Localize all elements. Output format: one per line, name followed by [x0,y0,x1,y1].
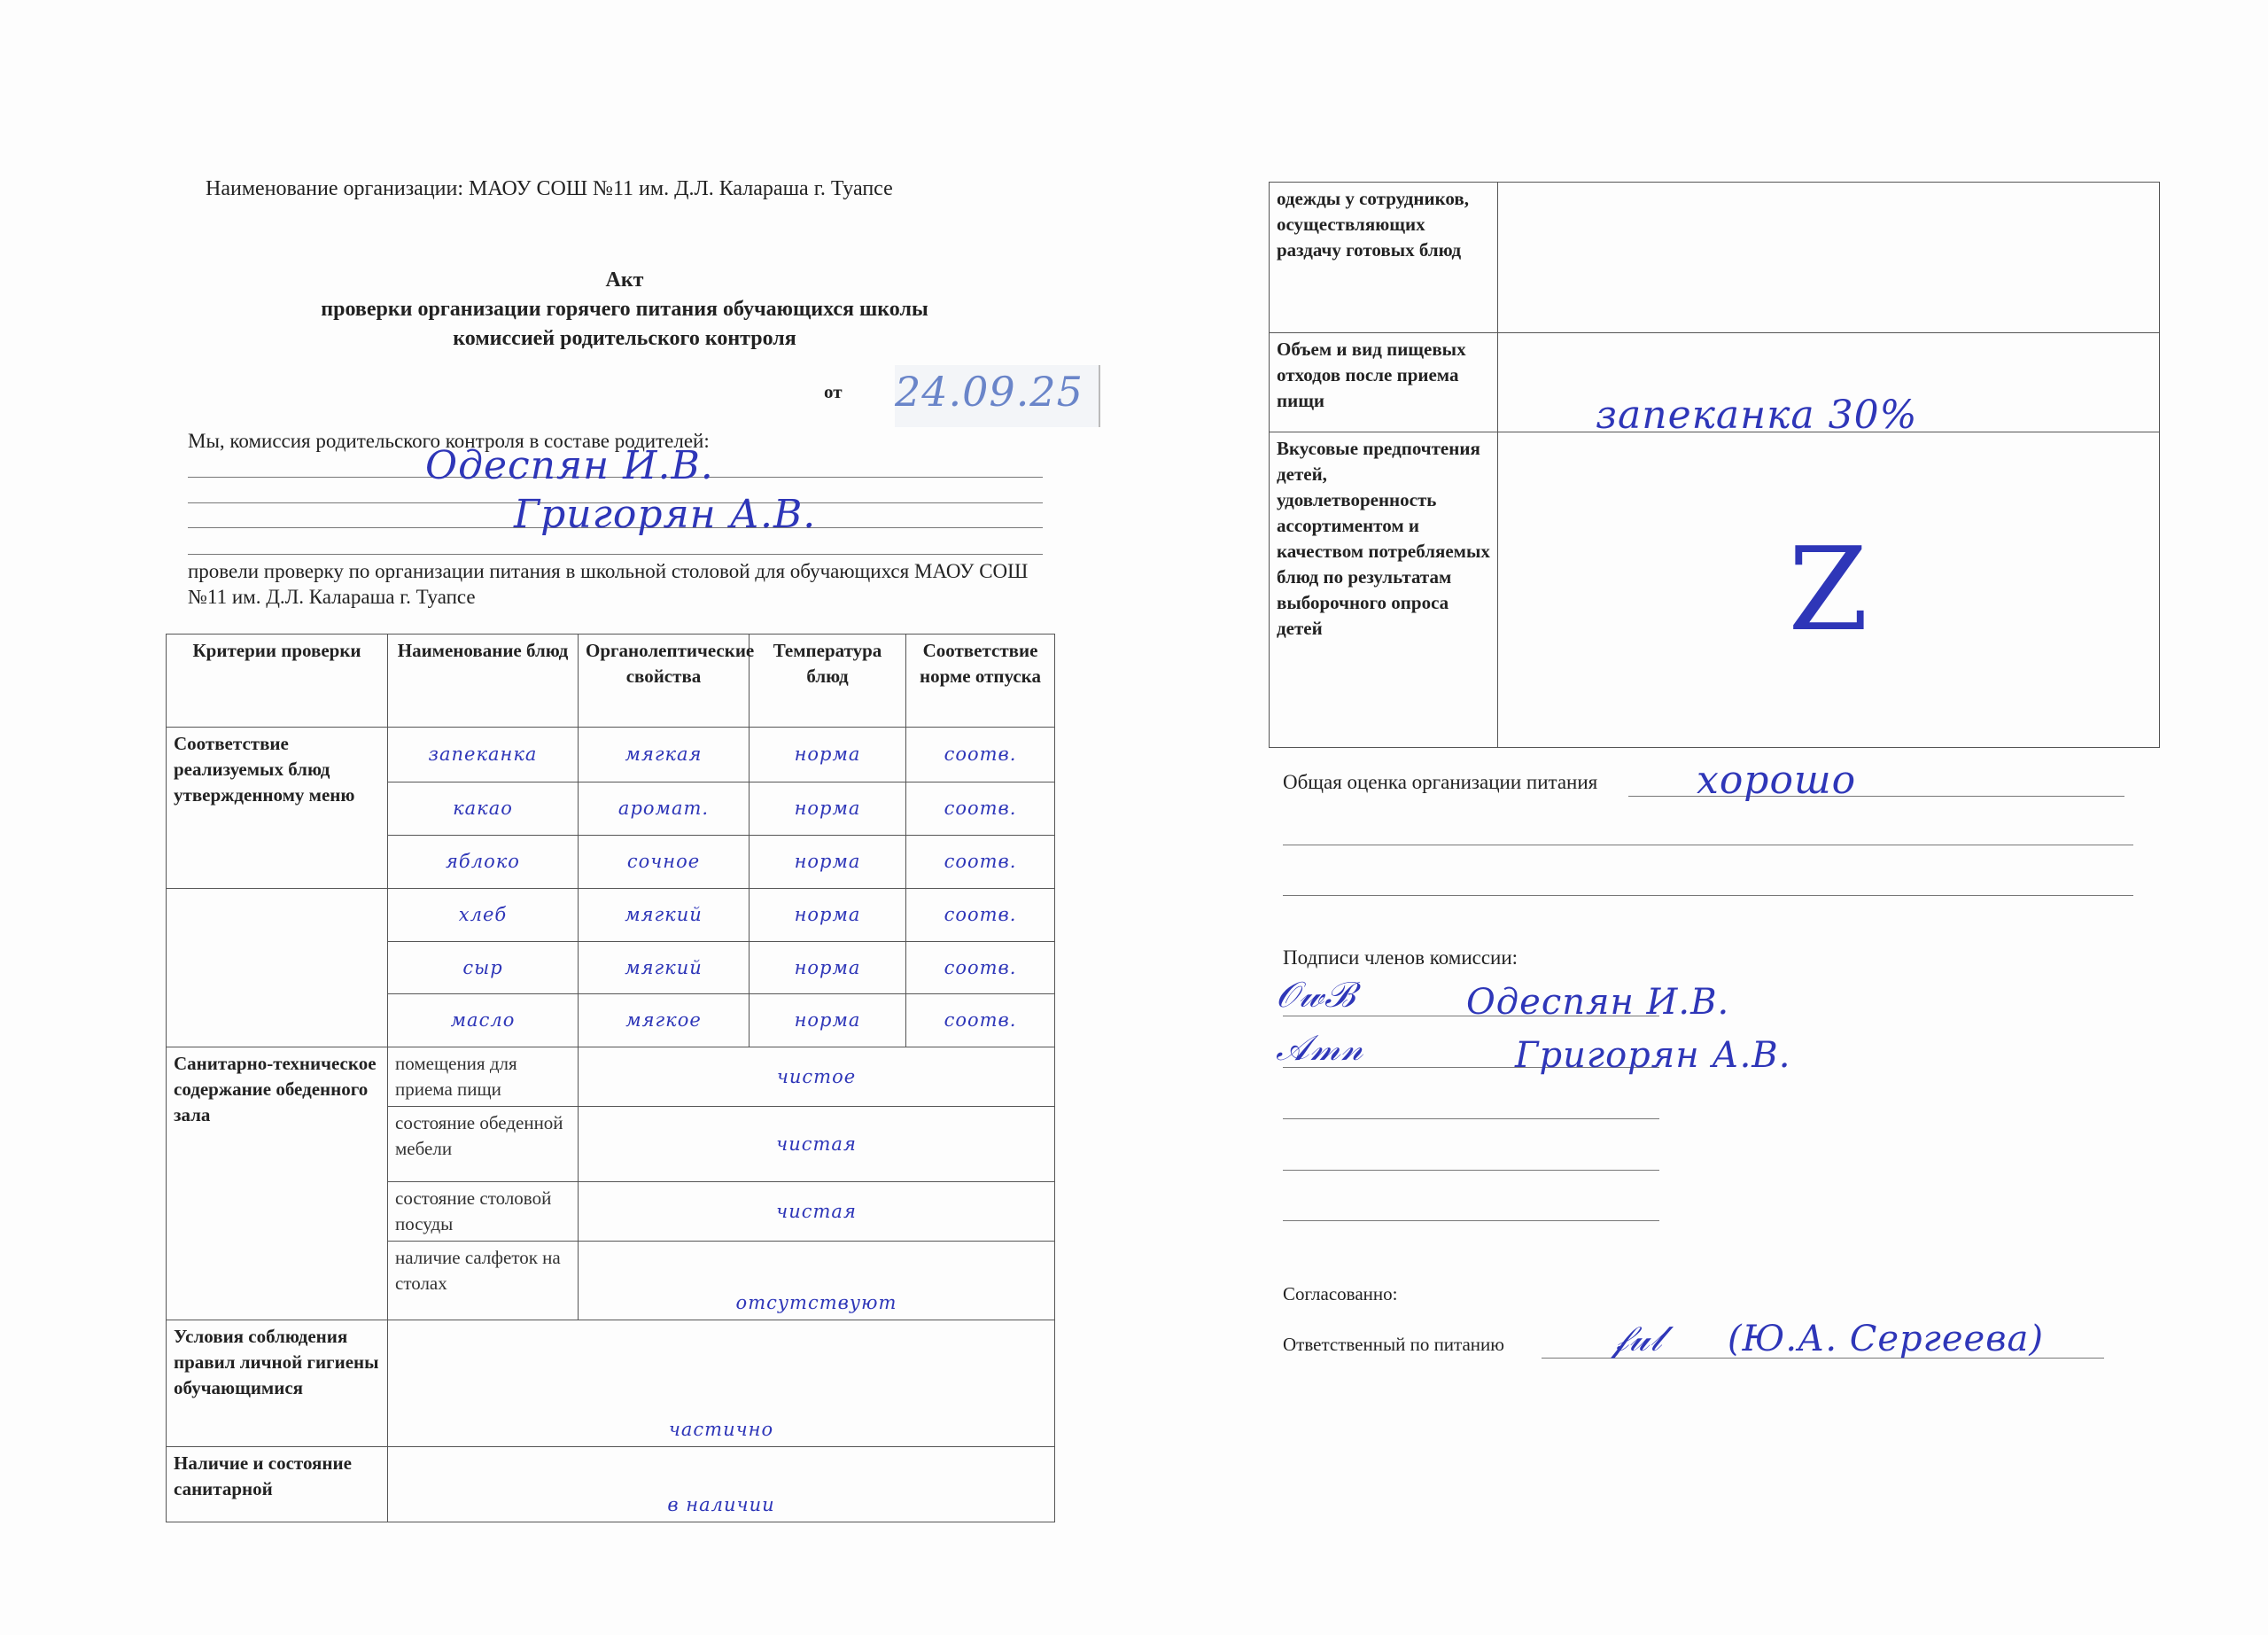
criterion-sanitary-clothing: Наличие и состояние санитарной [167,1447,388,1522]
dish-portion: соотв. [906,889,1055,942]
criterion-menu-continued [167,889,388,1047]
responsible-signature: 𝒻𝓊𝓁 [1612,1319,1663,1359]
signatures-label: Подписи членов комиссии: [1283,946,1518,969]
dish-temperature: норма [750,942,906,994]
taste-preferences-value: Z [1498,432,2160,748]
staff-clothing-value [1498,183,2160,333]
header-criteria: Критерии проверки [167,635,388,728]
assessment-line-2 [1283,845,2133,845]
responsible-label: Ответственный по питанию [1283,1334,1504,1356]
responsible-name: (Ю.А. Сергеева) [1728,1319,2044,1359]
act-title: Акт [0,266,1249,295]
header-portion-norm: Соответствие норме отпуска [906,635,1055,728]
signature-name-2: Григорян А.В. [1515,1035,1790,1076]
sanitary-item-label: состояние обеденной мебели [388,1107,579,1182]
date-value: 24.09.25 [895,368,1084,416]
dish-temperature: норма [750,782,906,836]
criterion-taste-preferences: Вкусовые предпочтения детей, удовлетворе… [1270,432,1498,748]
dish-name: запеканка [388,728,579,782]
sanitary-item-value: чистая [579,1107,1055,1182]
dish-organoleptic: мягкое [579,994,750,1047]
dish-portion: соотв. [906,782,1055,836]
hygiene-value: частично [388,1320,1055,1447]
dish-temperature: норма [750,836,906,889]
continuation-table: одежды у сотрудников, осуществляющих раз… [1269,182,2160,748]
criterion-menu: Соответствие реализуемых блюд утвержденн… [167,728,388,889]
dish-name: яблоко [388,836,579,889]
approval-label: Согласованно: [1283,1283,1397,1305]
signature-scribble-2: 𝒜𝓂𝓃 [1276,1028,1363,1069]
dish-portion: соотв. [906,942,1055,994]
dish-organoleptic: мягкий [579,942,750,994]
member-name-2: Григорян А.В. [514,492,816,537]
criterion-sanitary: Санитарно-техническое содержание обеденн… [167,1047,388,1320]
signature-name-1: Одеспян И.В. [1466,982,1729,1023]
sanitary-clothing-value: в наличии [388,1447,1055,1522]
member-line-4 [188,554,1043,555]
signature-line-5 [1283,1220,1659,1221]
dish-organoleptic: мягкая [579,728,750,782]
dish-name: масло [388,994,579,1047]
sanitary-item-value: отсутствуют [579,1242,1055,1320]
dish-portion: соотв. [906,728,1055,782]
dish-name: какао [388,782,579,836]
header-temperature: Температура блюд [750,635,906,728]
dish-temperature: норма [750,728,906,782]
criterion-hygiene: Условия соблюдения правил личной гигиены… [167,1320,388,1447]
sanitary-item-label: помещения для приема пищи [388,1047,579,1107]
act-subtitle-1: проверки организации горячего питания об… [0,295,1249,324]
inspection-statement: провели проверку по организации питания … [188,558,1056,610]
date-prefix: от [824,381,843,403]
dish-portion: соотв. [906,836,1055,889]
sanitary-item-label: состояние столовой посуды [388,1182,579,1242]
inspection-table: Критерии проверки Наименование блюд Орга… [166,634,1055,1522]
dish-organoleptic: аромат. [579,782,750,836]
dish-organoleptic: мягкий [579,889,750,942]
header-organoleptic: Органолептические свойства [579,635,750,728]
member-name-1: Одеспян И.В. [425,443,714,488]
signature-line-3 [1283,1118,1659,1119]
dish-temperature: норма [750,889,906,942]
signature-scribble-1: 𝒪𝓌ℬ [1276,975,1355,1016]
dish-name: сыр [388,942,579,994]
signature-line-4 [1283,1170,1659,1171]
criterion-staff-clothing: одежды у сотрудников, осуществляющих раз… [1270,183,1498,333]
dish-name: хлеб [388,889,579,942]
overall-assessment-value: хорошо [1697,758,1856,803]
assessment-line-3 [1283,895,2133,896]
header-dish-name: Наименование блюд [388,635,579,728]
act-subtitle-2: комиссией родительского контроля [0,324,1249,354]
criterion-food-waste: Объем и вид пищевых отходов после приема… [1270,333,1498,432]
sanitary-item-label: наличие салфеток на столах [388,1242,579,1320]
sanitary-item-value: чистая [579,1182,1055,1242]
overall-assessment-label: Общая оценка организации питания [1283,771,1597,794]
organization-name: Наименование организации: МАОУ СОШ №11 и… [206,177,893,201]
dish-portion: соотв. [906,994,1055,1047]
food-waste-value: запеканка 30% [1498,333,2160,432]
dish-organoleptic: сочное [579,836,750,889]
dish-temperature: норма [750,994,906,1047]
sanitary-item-value: чистое [579,1047,1055,1107]
